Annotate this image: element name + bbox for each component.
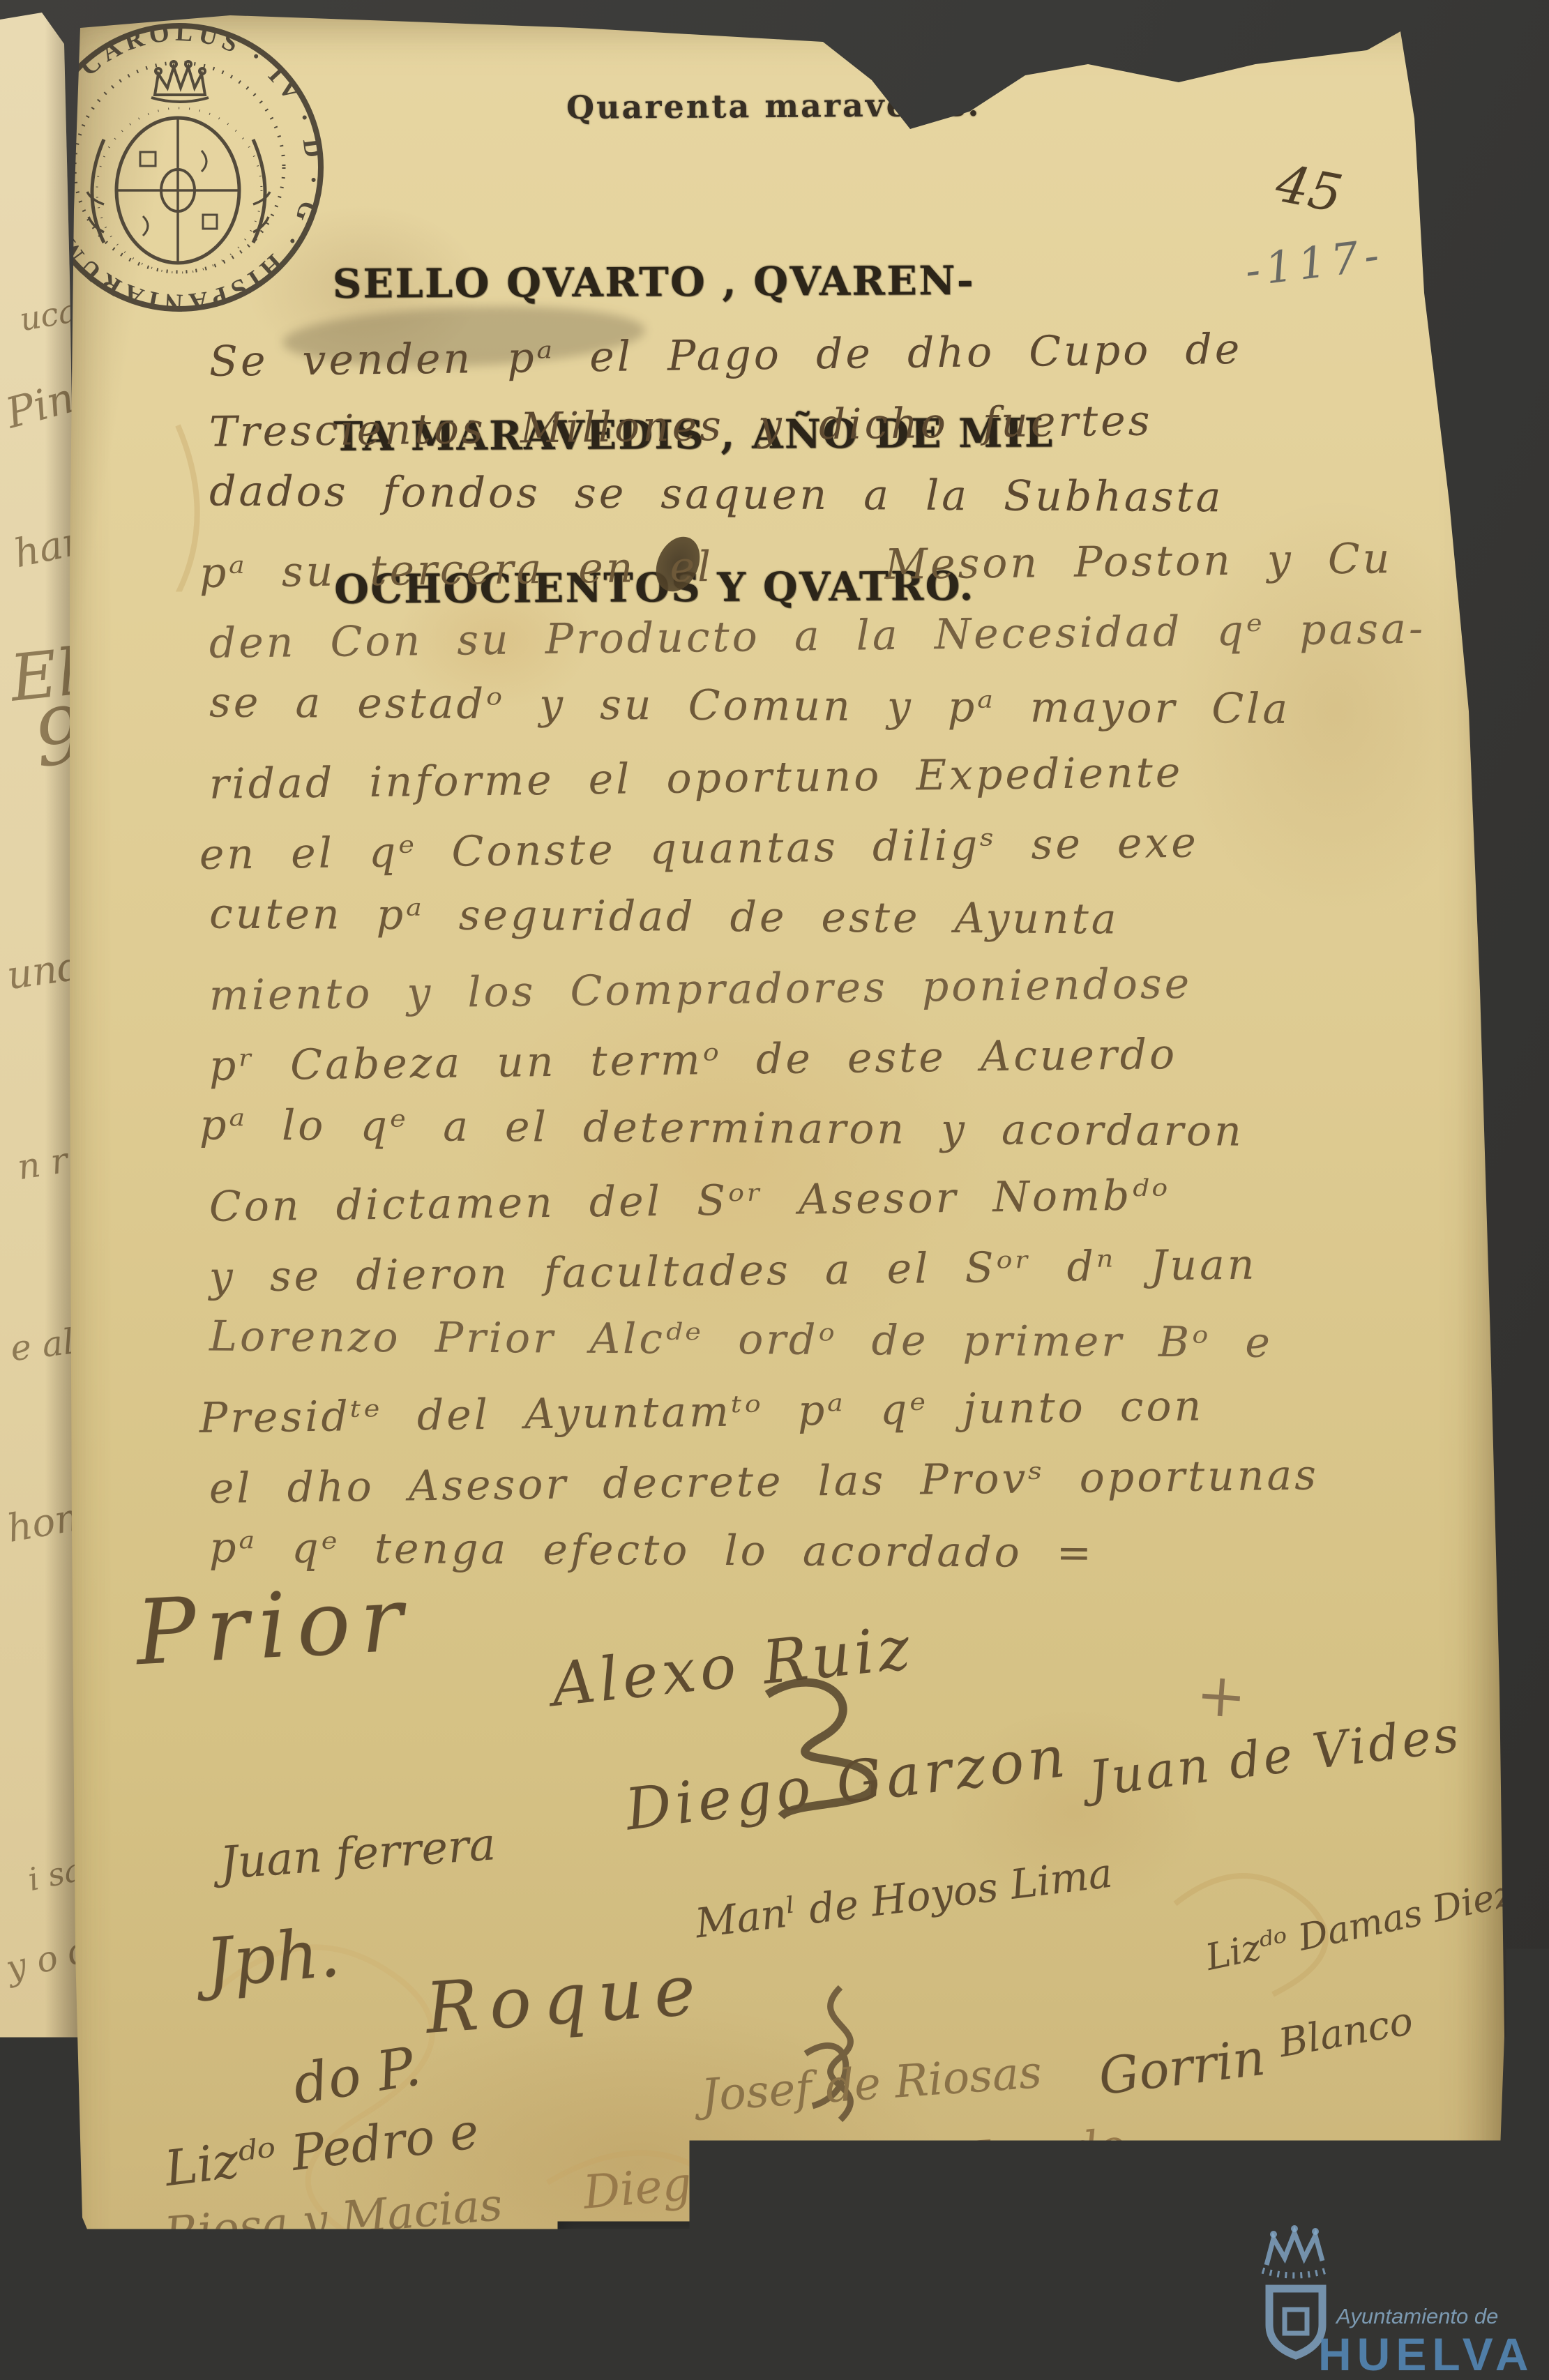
- signature-roque: Roque: [423, 1948, 709, 2049]
- body-line: el dho Asesor decrete las Provˢ oportuna…: [209, 1449, 1458, 1535]
- body-line: pʳ Cabeza un termᵒ de este Acuerdo: [209, 1026, 1458, 1112]
- body-line: den Con su Producto a la Necesidad qᵉ pa…: [209, 604, 1458, 690]
- signature-do-p: do P.: [289, 2035, 425, 2117]
- signature-gorrin: Gorrin: [1096, 2028, 1269, 2107]
- manuscript-body: Se venden pᵃ el Pago de dho Cupo de Tres…: [209, 330, 1458, 1598]
- signature-blanco: Blanco: [1276, 1999, 1416, 2067]
- folio-fragment: e al: [8, 1321, 77, 1370]
- body-line: dados fondos se saquen a la Subhasta: [209, 467, 1458, 545]
- signature-alexo-ruiz: Alexo Ruiz: [548, 1613, 917, 1720]
- folio-fragment: n r: [15, 1140, 70, 1188]
- folio-fragment: or y: [6, 2149, 83, 2203]
- folio-number-pencil: -117-: [1242, 229, 1387, 296]
- signature-del-flourish: Del: [1042, 2182, 1172, 2277]
- signature-diego-garzon: Diego Garzon: [622, 1723, 1073, 1843]
- signature-lizdo-pedro: Lizᵈᵒ Pedro e: [162, 2102, 482, 2198]
- signature-josef-de-riosas: Josef de Riosas: [700, 2047, 1043, 2122]
- signature-prior: Prior: [133, 1568, 415, 1686]
- signature-lizdo-damas-diez: Lizᵈᵒ Damas Diez: [1202, 1873, 1517, 1979]
- witness-cross-mark: +: [1194, 1660, 1249, 1733]
- manuscript-page: CAROLUS · IV · D · G · HISPANIARUM · REX…: [59, 7, 1510, 2350]
- watermark-line-2: HUELVA: [1318, 2328, 1534, 2380]
- signature-jph: Jph.: [202, 1913, 342, 2003]
- body-line: en el qᵉ Conste quantas diligˢ se exe: [199, 815, 1458, 901]
- signature-juan-de-vides: Juan de Vides: [1086, 1706, 1465, 1808]
- body-line: pᵃ lo qᵉ a el determinaron y acordaron: [199, 1100, 1458, 1178]
- seal-legend: CAROLUS · IV · D · G · HISPANIARUM · REX…: [29, 18, 328, 317]
- ink-cross-mark: +: [856, 23, 898, 78]
- body-line: Trescientos Millones y dicho fuertes: [209, 393, 1458, 478]
- manuscript-scan: ucan Pind han El 9 und n r e al hom i sa…: [0, 0, 1549, 2380]
- body-line: y se dieron facultades a el Sᵒʳ dⁿ Juan: [209, 1238, 1458, 1324]
- signature-juan-ferrera: Juan ferrera: [218, 1819, 497, 1889]
- folio-fragment: hur: [17, 2268, 84, 2318]
- watermark-line-1: Ayuntamiento de: [1336, 2304, 1498, 2329]
- body-line: se a estadᵒ y su Comun y pᵃ mayor Cla: [209, 679, 1458, 757]
- body-line: Lorenzo Prior Alcᵈᵉ ordᵒ de primer Bᵒ e: [209, 1312, 1458, 1390]
- archive-watermark: Ayuntamiento de HUELVA: [1254, 2222, 1549, 2380]
- body-line: cuten pᵃ seguridad de este Ayunta: [209, 890, 1458, 968]
- signature-manuel-de-hoyos: Manˡ de Hoyos Lima: [693, 1849, 1115, 1948]
- faint-closing-line: En la vy Roebulva ari de: [229, 2238, 916, 2326]
- royal-seal-carolus-iv: CAROLUS · IV · D · G · HISPANIARUM · REX…: [26, 13, 333, 319]
- folio-fragment: nd): [17, 2053, 86, 2106]
- duty-heading: Quarenta maravedis.: [566, 86, 981, 126]
- printed-line-1: SELLO QVARTO , QVAREN-: [333, 255, 1054, 309]
- folio-number-ink: 45: [1271, 153, 1347, 225]
